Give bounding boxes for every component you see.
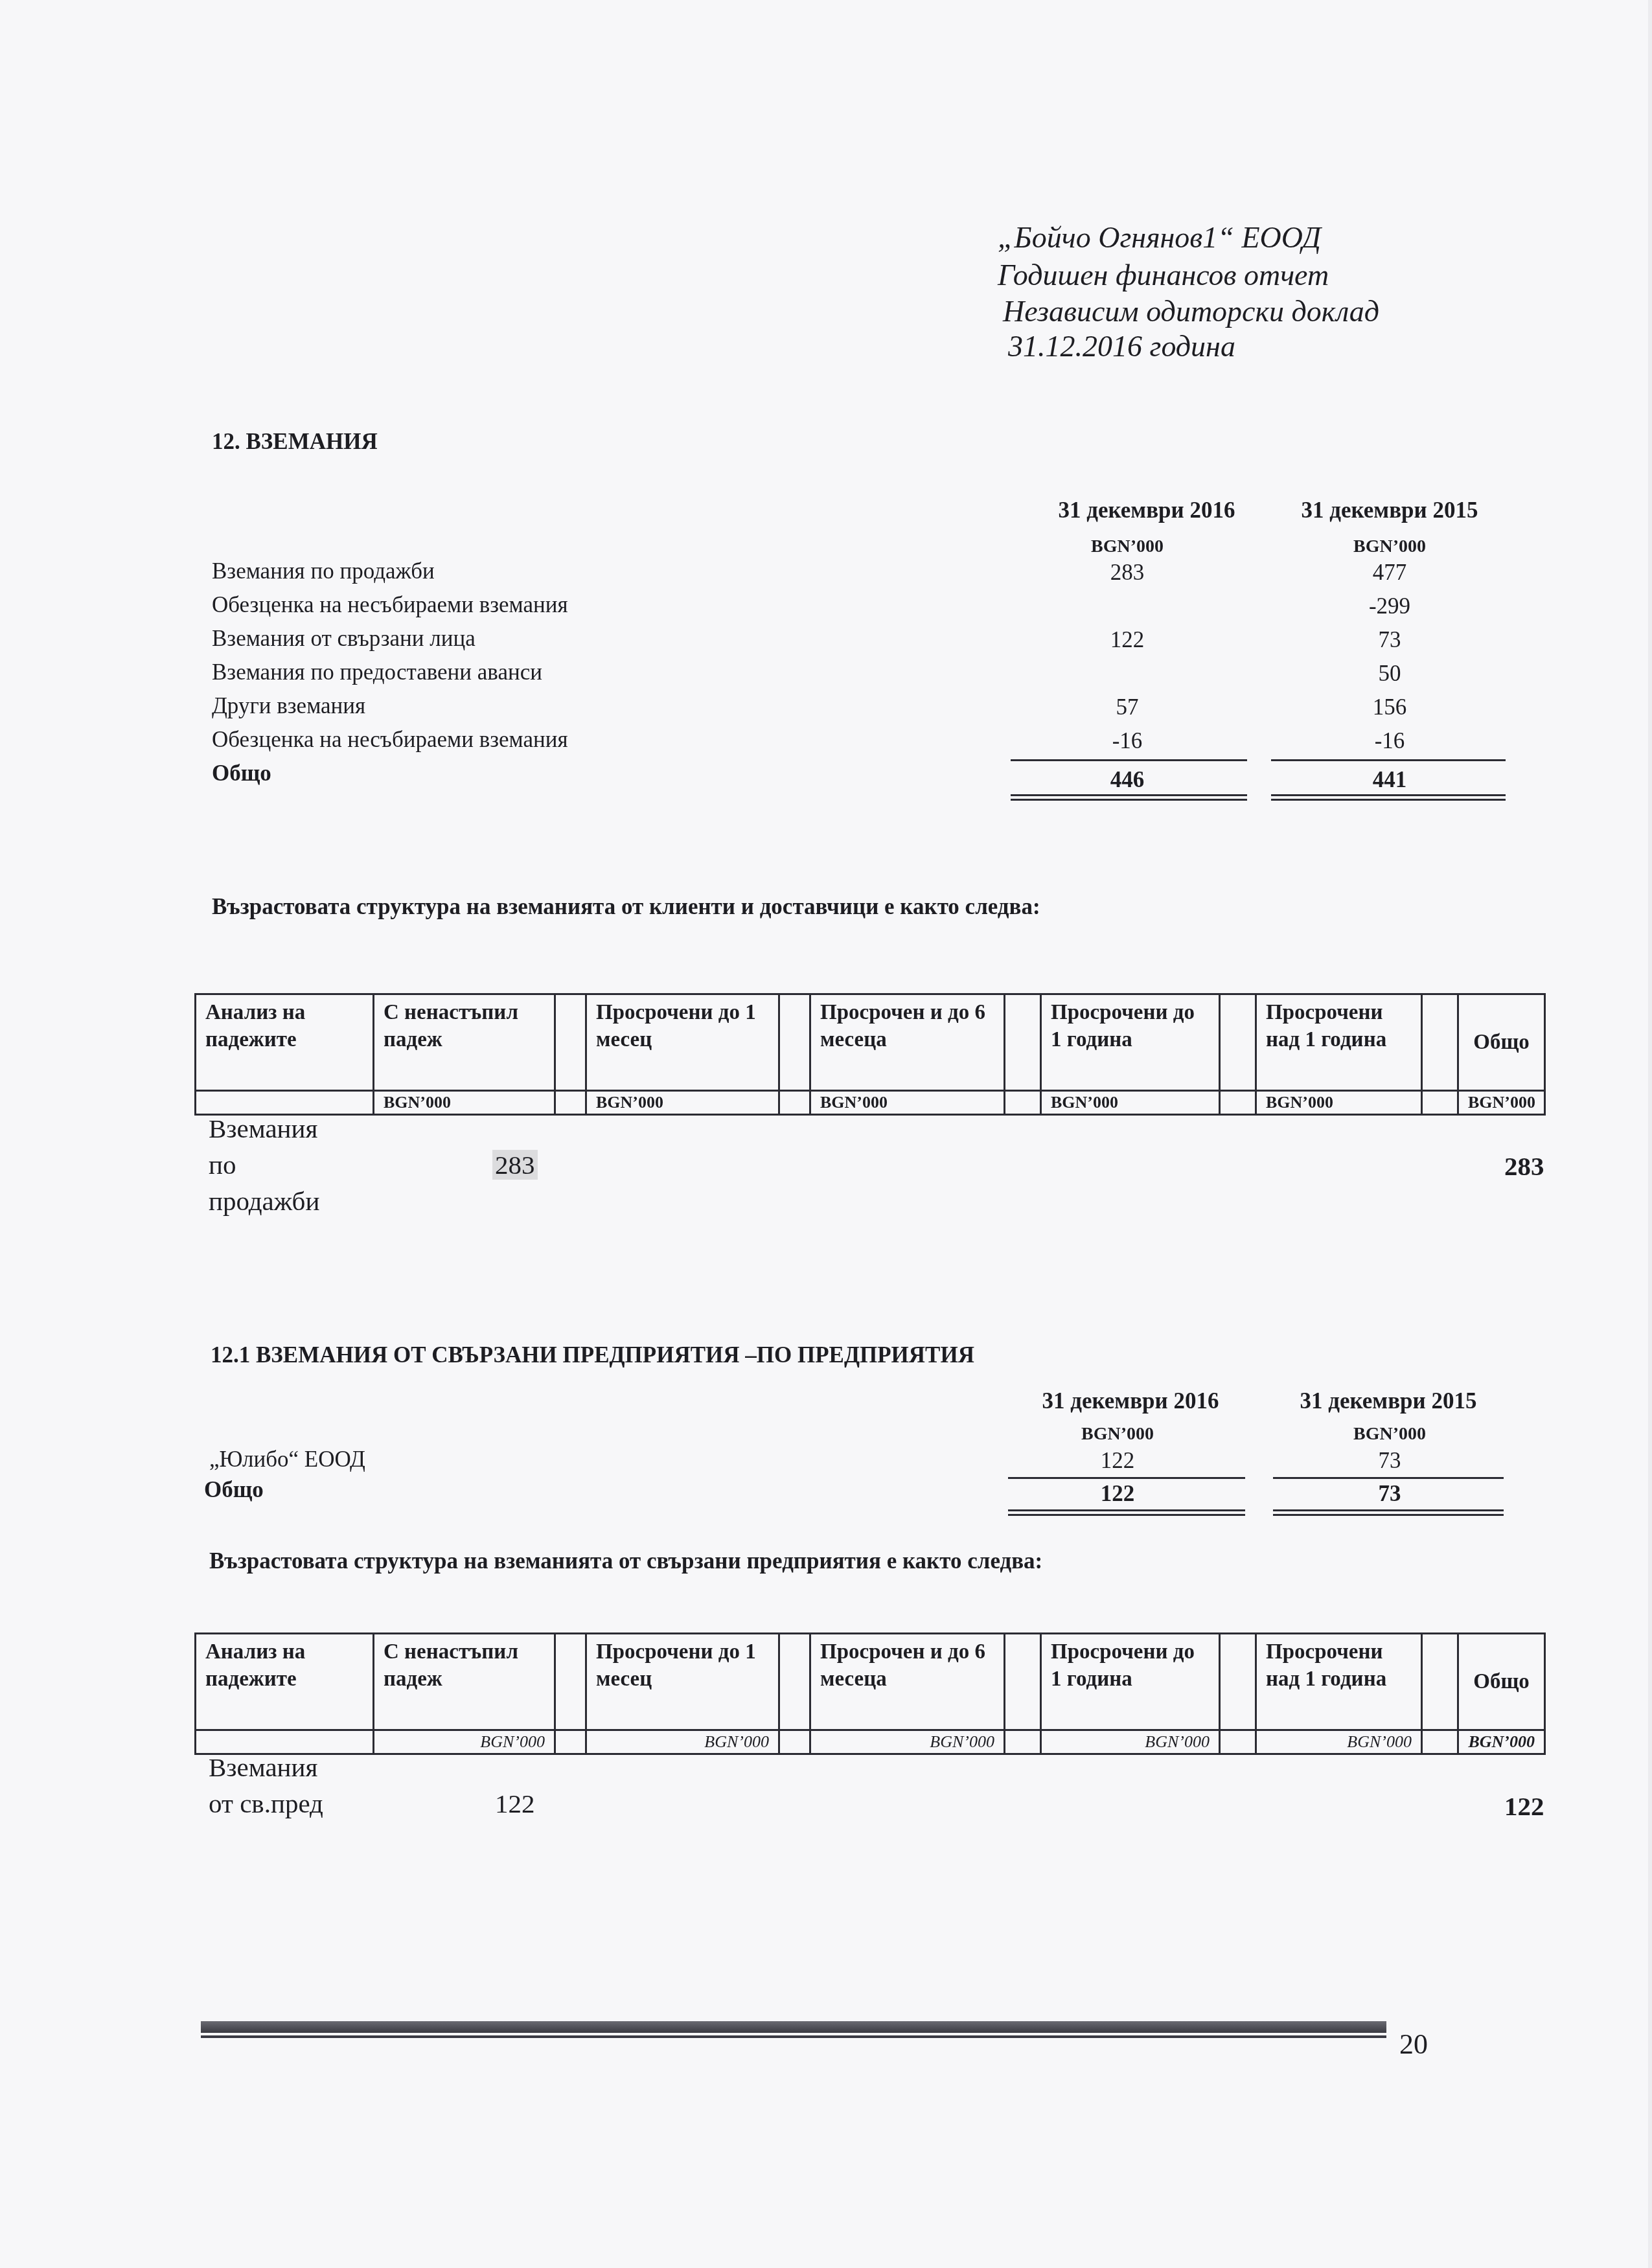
receivable-row-label: Вземания по предоставени аванси (212, 659, 542, 685)
aging-table-related: Анализ на падежите С ненастъпил падеж Пр… (194, 1632, 1546, 1755)
aging-spacer (779, 1634, 810, 1730)
aging-unit: BGN’000 (810, 1730, 1005, 1754)
aging-spacer (779, 1730, 810, 1754)
aging-unit: BGN’000 (1041, 1730, 1220, 1754)
label-line: от св.пред (209, 1785, 323, 1822)
aging-spacer (1220, 994, 1256, 1091)
aging-not-due-value: 283 (492, 1150, 538, 1180)
aging-spacer (555, 1730, 586, 1754)
related-party-2015: 73 (1270, 1448, 1509, 1474)
subtotal-rule-12-1-2016 (1008, 1477, 1245, 1479)
aging-spacer (1422, 1730, 1458, 1754)
section-12-1-title: 12.1 ВЗЕМАНИЯ ОТ СВЪРЗАНИ ПРЕДПРИЯТИЯ –П… (211, 1342, 974, 1368)
aging-spacer (1220, 1634, 1256, 1730)
receivable-row-2015: -299 (1270, 593, 1509, 619)
aging-intro-clients: Възрастовата структура на вземанията от … (212, 894, 1040, 920)
aging-header-1-year: Просрочени до 1 година (1041, 1634, 1220, 1730)
aging-spacer (1005, 1634, 1041, 1730)
col-2015-unit: BGN’000 (1270, 536, 1509, 557)
aging-unit: BGN’000 (810, 1091, 1005, 1115)
col-2015-header-12-1: 31 декември 2015 (1268, 1388, 1508, 1414)
total-2015: 441 (1270, 767, 1509, 793)
aging-header-over-1-year: Просрочени над 1 година (1256, 994, 1422, 1091)
aging-unit: BGN’000 (586, 1091, 779, 1115)
report-date: 31.12.2016 година (1008, 328, 1235, 365)
subtotal-rule-2015 (1271, 759, 1506, 761)
aging-spacer (555, 1634, 586, 1730)
aging-not-due-related: 122 (495, 1785, 535, 1822)
aging-spacer (1422, 1634, 1458, 1730)
col-2016-header-12-1: 31 декември 2016 (1011, 1388, 1250, 1414)
aging-unit: BGN’000 (1256, 1091, 1422, 1115)
receivable-row-2015: 156 (1270, 694, 1509, 720)
page-edge (1648, 0, 1652, 2268)
aging-spacer (1220, 1091, 1256, 1115)
related-party-name: „Юлибо“ ЕООД (209, 1447, 365, 1472)
aging-header-1-month: Просрочени до 1 месец (586, 994, 779, 1091)
aging-header-not-due: С ненастъпил падеж (374, 994, 555, 1091)
receivable-row-label: Обезценка на несъбираеми вземания (212, 592, 568, 618)
related-party-2016: 122 (998, 1448, 1237, 1474)
footer-rule (201, 2021, 1386, 2033)
receivable-row-2015: -16 (1270, 728, 1509, 754)
aging-header-total: Общо (1458, 994, 1545, 1091)
aging-header-6-months: Просрочен и до 6 месеца (810, 994, 1005, 1091)
col-2016-unit-12-1: BGN’000 (998, 1424, 1237, 1445)
aging-header-total: Общо (1458, 1634, 1545, 1730)
total-12-1-2015: 73 (1270, 1481, 1509, 1507)
section-12-title: 12. ВЗЕМАНИЯ (212, 429, 378, 455)
aging-unit: BGN’000 (586, 1730, 779, 1754)
aging-total-related: 122 (1504, 1788, 1544, 1824)
aging-unit: BGN’000 (1458, 1091, 1545, 1115)
report-title: Годишен финансов отчет (998, 257, 1329, 294)
aging-header-not-due: С ненастъпил падеж (374, 1634, 555, 1730)
total-double-rule-2015 (1271, 794, 1506, 801)
aging-spacer (779, 994, 810, 1091)
total-double-rule-12-1-2015 (1273, 1509, 1504, 1516)
total-2016: 446 (1007, 767, 1247, 793)
aging-unit: BGN’000 (374, 1091, 555, 1115)
col-2016-header: 31 декември 2016 (1027, 498, 1267, 523)
aging-row-label-related: Вземания от св.пред (209, 1749, 323, 1822)
aging-header-1-year: Просрочени до 1 година (1041, 994, 1220, 1091)
page-number: 20 (1399, 2028, 1428, 2061)
aging-table-clients: Анализ на падежите С ненастъпил падеж Пр… (194, 993, 1546, 1116)
aging-spacer (555, 1091, 586, 1115)
aging-spacer (1422, 994, 1458, 1091)
receivable-row-2016: 283 (1007, 560, 1247, 586)
receivable-row-2015: 50 (1270, 661, 1509, 687)
aging-unit: BGN’000 (1458, 1730, 1545, 1754)
aging-total-clients: 283 (1504, 1148, 1544, 1184)
aging-not-due-clients: 283 (492, 1147, 538, 1183)
audit-report-title: Независим одиторски доклад (1003, 293, 1379, 330)
aging-spacer (1220, 1730, 1256, 1754)
total-12-1-2016: 122 (998, 1481, 1237, 1507)
label-line: Вземания (209, 1749, 323, 1785)
label-line: по (209, 1147, 319, 1183)
aging-spacer (1422, 1091, 1458, 1115)
receivable-row-label: Вземания от свързани лица (212, 626, 476, 652)
company-name: „Бойчо Огнянов1“ ЕООД (998, 219, 1321, 257)
aging-spacer (1005, 994, 1041, 1091)
receivable-row-2015: 477 (1270, 560, 1509, 586)
receivable-row-2016: -16 (1007, 728, 1247, 754)
aging-row-label-clients: Вземания по продажби (209, 1110, 319, 1219)
total-label-12-1: Общо (204, 1477, 264, 1503)
receivable-row-2016: 122 (1007, 627, 1247, 653)
aging-spacer (1005, 1091, 1041, 1115)
label-line: продажби (209, 1183, 319, 1219)
col-2015-unit-12-1: BGN’000 (1270, 1424, 1509, 1445)
aging-unit: BGN’000 (1256, 1730, 1422, 1754)
aging-intro-related: Възрастовата структура на вземанията от … (209, 1548, 1042, 1574)
receivable-row-label: Вземания по продажби (212, 558, 435, 584)
receivable-row-2016: 57 (1007, 694, 1247, 720)
subtotal-rule-12-1-2015 (1273, 1477, 1504, 1479)
aging-header-over-1-year: Просрочени над 1 година (1256, 1634, 1422, 1730)
aging-unit: BGN’000 (1041, 1091, 1220, 1115)
total-double-rule-12-1-2016 (1008, 1509, 1245, 1516)
aging-spacer (555, 994, 586, 1091)
aging-header-analysis: Анализ на падежите (196, 994, 374, 1091)
aging-header-6-months: Просрочен и до 6 месеца (810, 1634, 1005, 1730)
aging-unit: BGN’000 (374, 1730, 555, 1754)
footer-rule-thin (201, 2035, 1386, 2038)
receivable-row-2015: 73 (1270, 627, 1509, 653)
total-label: Общо (212, 761, 271, 786)
total-double-rule-2016 (1011, 794, 1247, 801)
aging-header-analysis: Анализ на падежите (196, 1634, 374, 1730)
aging-spacer (779, 1091, 810, 1115)
aging-header-1-month: Просрочени до 1 месец (586, 1634, 779, 1730)
subtotal-rule-2016 (1011, 759, 1247, 761)
col-2016-unit: BGN’000 (1007, 536, 1247, 557)
col-2015-header: 31 декември 2015 (1270, 498, 1509, 523)
receivable-row-label: Обезценка на несъбираеми вземания (212, 727, 568, 753)
aging-spacer (1005, 1730, 1041, 1754)
receivable-row-label: Други вземания (212, 693, 365, 719)
label-line: Вземания (209, 1110, 319, 1147)
